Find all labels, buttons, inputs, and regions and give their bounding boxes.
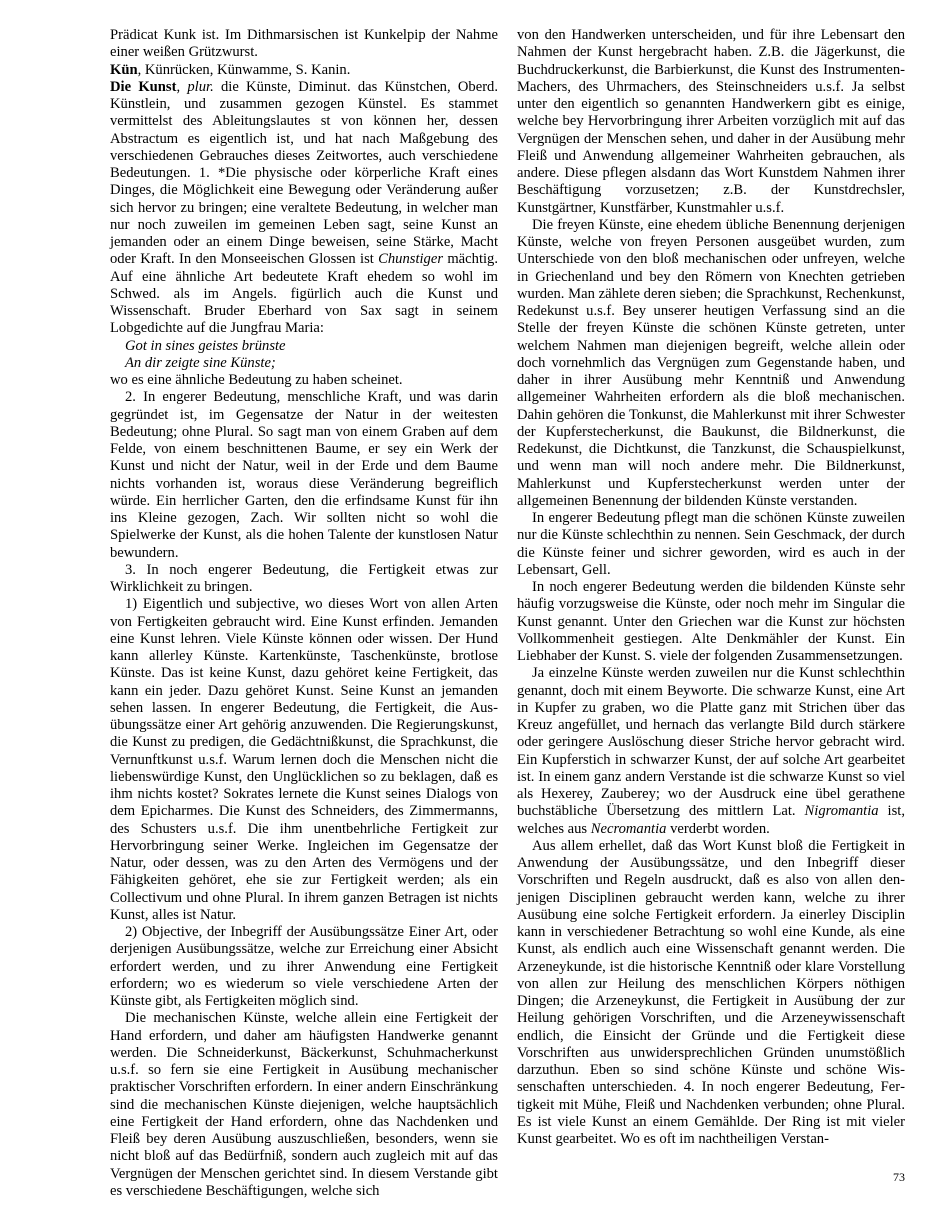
emphasis-term: Chunstiger [378,251,443,267]
left-column: Prädicat Kunk ist. Im Dithmarsischen ist… [110,27,498,1200]
verse-line: An dir zeigte sine Künste; [110,355,498,372]
paragraph: Prädicat Kunk ist. Im Dithmarsischen ist… [110,27,498,62]
emphasis-term: Nigromantia [805,803,879,819]
paragraph: 2) Objective, der Inbegriff der Ausübung… [110,924,498,1010]
right-column: von den Handwerken unterscheiden, und fü… [517,27,905,1148]
paragraph: 1) Eigentlich und subjective, wo dieses … [110,596,498,924]
paragraph: Die mechanischen Künste, welche allein e… [110,1010,498,1200]
plural-abbrev: plur. [187,79,213,95]
entry-text: die Künste, Diminut. das Künstchen, Ober… [110,79,498,268]
headword: Kün [110,62,138,78]
entry-text: , Künrücken, Künwamme, S. Kanin. [138,62,351,78]
paragraph: 2. In engerer Bedeutung, menschliche Kra… [110,389,498,562]
paragraph: Ja einzelne Künste werden zuweilen nur d… [517,665,905,838]
document-page: Prädicat Kunk ist. Im Dithmarsischen ist… [0,0,935,1210]
entry-kuen: Kün, Künrücken, Künwamme, S. Kanin. [110,62,498,79]
emphasis-term: Necromantia [591,821,667,837]
paragraph-text: Ja einzelne Künste werden zuweilen nur d… [517,665,905,819]
paragraph: 3. In noch engerer Bedeutung, die Fertig… [110,562,498,597]
paragraph: In noch engerer Bedeutung werden die bil… [517,579,905,665]
entry-kunst: Die Kunst, plur. die Künste, Diminut. da… [110,79,498,338]
paragraph: Aus allem erhellet, daß das Wort Kunst b… [517,838,905,1149]
paragraph: von den Handwerken unterscheiden, und fü… [517,27,905,217]
paragraph: In engerer Bedeutung pflegt man die schö… [517,510,905,579]
paragraph: Die freyen Künste, eine ehedem übliche B… [517,217,905,510]
page-number: 73 [880,1170,905,1185]
paragraph: wo es eine ähnliche Bedeutung zu haben s… [110,372,498,389]
separator: , [176,79,187,95]
paragraph-text: verderbt worden. [666,821,769,837]
headword: Die Kunst [110,79,176,95]
verse-line: Got in sines geistes brünste [110,338,498,355]
